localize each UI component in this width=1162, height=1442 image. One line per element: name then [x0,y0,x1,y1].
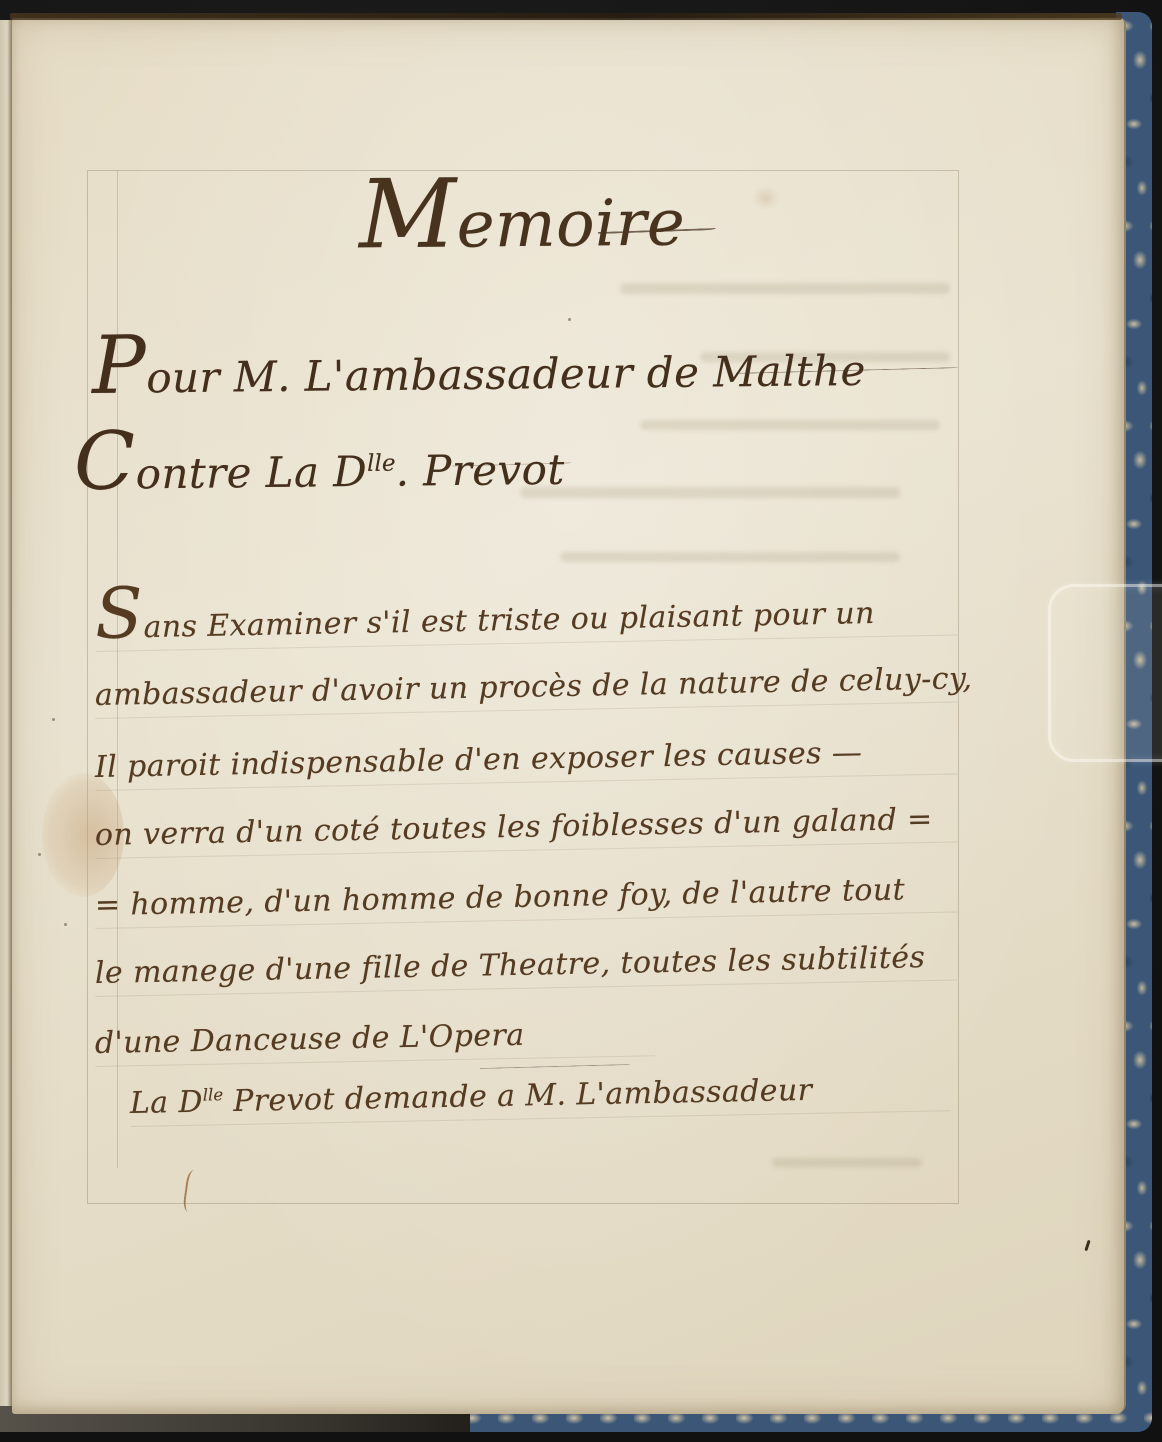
heading2-initial: C [73,414,136,508]
heading1-rest: our M. L'ambassadeur de Malthe [146,346,866,403]
heading1-initial: P [91,318,146,412]
body-line1-initial: S [94,572,144,655]
ink-speck [64,923,67,926]
ink-bleed-through [520,487,900,498]
title-rest: emoire [456,187,685,263]
heading2-superscript: lle [367,451,396,477]
page-holder-clip [1048,584,1162,762]
ink-bleed-through [640,420,940,430]
heading2-tail: . Prevot [395,445,565,496]
ink-bleed-through [620,283,950,294]
page-title: Memoire [87,172,958,263]
ink-speck [52,718,55,721]
title-initial: M [358,160,457,271]
manuscript-photo: Memoire Pour M. L'ambassadeur de Malthe … [0,0,1162,1442]
heading-contre-prevot: Contre La Dlle. Prevot [74,425,565,497]
closing-superscript: lle [203,1085,224,1104]
ink-bleed-through [772,1158,922,1167]
heading2-rest: ontre La D [135,447,367,498]
manuscript-page: Memoire Pour M. L'ambassadeur de Malthe … [12,18,1126,1414]
ink-speck [38,853,41,856]
stray-ink-mark [1084,1240,1090,1251]
binding-top-seam [10,13,1122,20]
closing-prefix: La D [130,1085,204,1121]
ink-bleed-through [560,552,900,562]
body-line1-rest: ans Examiner s'il est triste ou plaisant… [143,596,875,645]
heading-pour-ambassadeur: Pour M. L'ambassadeur de Malthe [92,326,866,401]
ink-speck [568,318,571,321]
